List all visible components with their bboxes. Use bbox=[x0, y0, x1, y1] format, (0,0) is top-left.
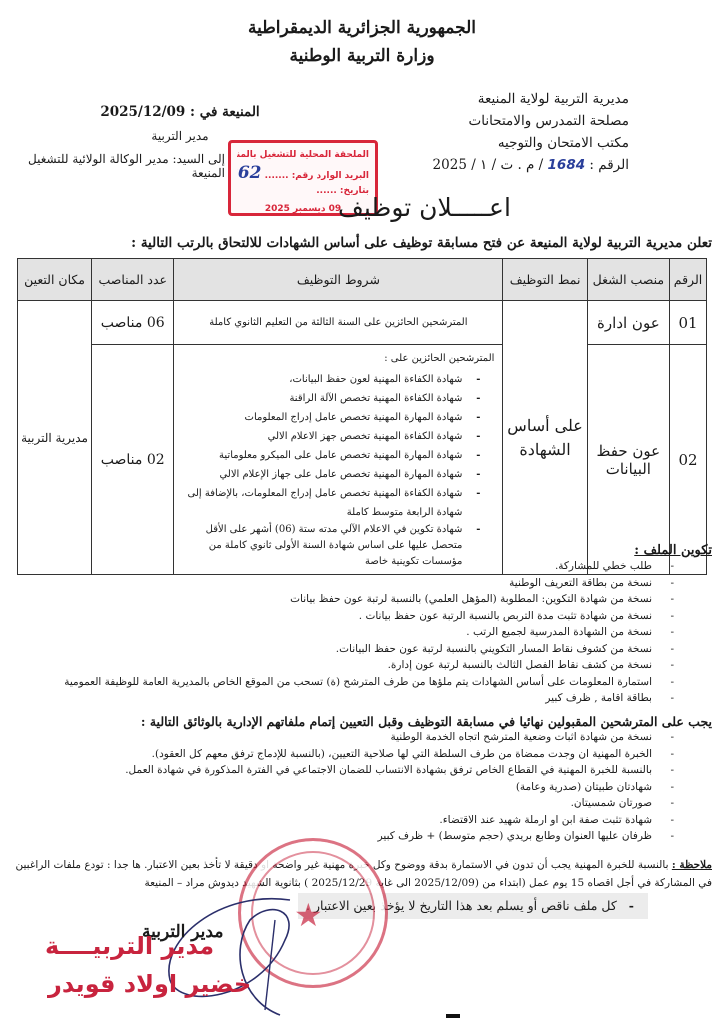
final-docs-section: يجب على المترشحين المقبولين نهائيا في مس… bbox=[125, 714, 712, 845]
final-doc-item: نسخة من شهادة اثبات وضعية المترشح اتجاه … bbox=[125, 729, 674, 746]
file-item: نسخة من الشهادة المدرسية لجميع الرتب . bbox=[64, 624, 674, 641]
signatory-stamp-title: مدير التربيــــة bbox=[45, 932, 214, 960]
condition-item: شهادة الكفاءة المهنية تخصص الآلة الراقنة bbox=[182, 389, 480, 408]
table-header-row: الرقم منصب الشغل نمط التوظيف شروط التوظي… bbox=[18, 259, 707, 301]
stamp-mail-number: البريد الوارد رقم: ....... 962 bbox=[237, 164, 369, 182]
file-item: نسخة من بطاقة التعريف الوطنية bbox=[64, 575, 674, 592]
col-number: الرقم bbox=[669, 259, 706, 301]
reference-line: الرقم : 1684 / م . ت / ١ / 2025 bbox=[433, 154, 629, 176]
file-section: تكوين الملف : طلب خطي للمشاركة. نسخة من … bbox=[64, 543, 712, 707]
reference-suffix: / م . ت / ١ / 2025 bbox=[433, 157, 544, 173]
col-post: منصب الشغل bbox=[587, 259, 669, 301]
final-docs-list: نسخة من شهادة اثبات وضعية المترشح اتجاه … bbox=[125, 729, 712, 845]
condition-item: شهادة المهارة المهنية تخصص عامل على جهاز… bbox=[182, 465, 480, 484]
recruitment-mode: على أساس الشهادة bbox=[503, 301, 587, 575]
row-number: 01 bbox=[669, 301, 706, 345]
file-item: استمارة المعلومات على أساس الشهادات يتم … bbox=[64, 674, 674, 691]
col-place: مكان التعين bbox=[18, 259, 92, 301]
row-count: 02 مناصب bbox=[92, 345, 174, 575]
signatory-name: خضير اولاد قويدر bbox=[48, 970, 251, 998]
condition-item: شهادة الكفاءة المهنية تخصص عامل إدراج ال… bbox=[182, 484, 480, 522]
org-directorate: مديرية التربية لولاية المنيعة bbox=[433, 88, 629, 110]
file-item: طلب خطي للمشاركة. bbox=[64, 558, 674, 575]
final-doc-item: شهادتان طبيتان (صدرية وعامة) bbox=[125, 779, 674, 796]
republic-title: الجمهورية الجزائرية الديمقراطية bbox=[0, 18, 724, 38]
assignment-place: مديرية التربية bbox=[18, 301, 92, 575]
stamp-agency: الملحقة المحلية للتشغيل بالمنيعة bbox=[237, 146, 369, 164]
row-condition: المترشحين الحائزين على السنة الثالثة من … bbox=[174, 301, 503, 345]
col-count: عدد المناصب bbox=[92, 259, 174, 301]
final-doc-item: الخبرة المهنية ان وجدت ممضاة من طرف السل… bbox=[125, 746, 674, 763]
condition-item: شهادة المهارة المهنية تخصص عامل على المي… bbox=[182, 446, 480, 465]
final-doc-item: شهادة تثبت صفة ابن او ارملة شهيد عند الا… bbox=[125, 812, 674, 829]
org-office: مكتب الامتحان والتوجيه bbox=[433, 132, 629, 154]
intro-text: تعلن مديرية التربية لولاية المنيعة عن فت… bbox=[131, 235, 712, 251]
announcement-title: اعـــــلان توظيف bbox=[338, 193, 511, 222]
file-item: بطاقة اقامة , ظرف كبير bbox=[64, 690, 674, 707]
note-label: ملاحظة : bbox=[672, 859, 712, 871]
row-post: عون حفظ البيانات bbox=[587, 345, 669, 575]
final-docs-title: يجب على المترشحين المقبولين نهائيا في مس… bbox=[125, 714, 712, 729]
table-row: 02 عون حفظ البيانات المترشحين الحائزين ع… bbox=[18, 345, 707, 575]
condition-item: شهادة الكفاءة المهنية لعون حفظ البيانات، bbox=[182, 370, 480, 389]
row-conditions: المترشحين الحائزين على : شهادة الكفاءة ا… bbox=[174, 345, 503, 575]
file-section-title: تكوين الملف : bbox=[64, 543, 712, 558]
final-doc-item: ظرفان عليها العنوان وطابع بريدي (حجم متو… bbox=[125, 828, 674, 845]
condition-item: شهادة المهارة المهنية تخصص عامل إدراج ال… bbox=[182, 408, 480, 427]
jobs-table: الرقم منصب الشغل نمط التوظيف شروط التوظي… bbox=[17, 258, 707, 575]
col-conditions: شروط التوظيف bbox=[174, 259, 503, 301]
page-mark bbox=[446, 1014, 460, 1018]
conditions-list: شهادة الكفاءة المهنية لعون حفظ البيانات،… bbox=[182, 370, 494, 570]
org-block: مديرية التربية لولاية المنيعة مصلحة التم… bbox=[433, 88, 629, 176]
ministry-title: وزارة التربية الوطنية bbox=[0, 46, 724, 66]
file-item: نسخة من كشف نقاط الفصل الثالث بالنسبة لر… bbox=[64, 657, 674, 674]
final-doc-item: بالنسبة للخبرة المهنية في القطاع الخاص ت… bbox=[125, 762, 674, 779]
reference-number: 1684 bbox=[548, 157, 586, 173]
final-doc-item: صورتان شمسيتان. bbox=[125, 795, 674, 812]
col-mode: نمط التوظيف bbox=[503, 259, 587, 301]
file-item: نسخة من شهادة التكوين: المطلوبة (المؤهل … bbox=[64, 591, 674, 608]
place-date: المنيعة في : 2025/12/09 bbox=[30, 100, 330, 124]
table-row: 01 عون ادارة على أساس الشهادة المترشحين … bbox=[18, 301, 707, 345]
condition-item: شهادة الكفاءة المهنية تخصص جهز الاعلام ا… bbox=[182, 427, 480, 446]
org-service: مصلحة التمدرس والامتحانات bbox=[433, 110, 629, 132]
row-number: 02 bbox=[669, 345, 706, 575]
row-count: 06 مناصب bbox=[92, 301, 174, 345]
row-post: عون ادارة bbox=[587, 301, 669, 345]
file-items-list: طلب خطي للمشاركة. نسخة من بطاقة التعريف … bbox=[64, 558, 712, 707]
conditions-lead: المترشحين الحائزين على : bbox=[182, 349, 494, 368]
reference-label: الرقم : bbox=[589, 157, 629, 173]
stamp-handwritten-number: 962 bbox=[237, 164, 261, 182]
file-item: نسخة من شهادة تثبت مدة التربص بالنسبة ال… bbox=[64, 608, 674, 625]
recipient-line: إلى السيد: مدير الوكالة الولائية للتشغيل… bbox=[0, 152, 225, 180]
file-item: نسخة من كشوف نقاط المسار التكويني بالنسب… bbox=[64, 641, 674, 658]
